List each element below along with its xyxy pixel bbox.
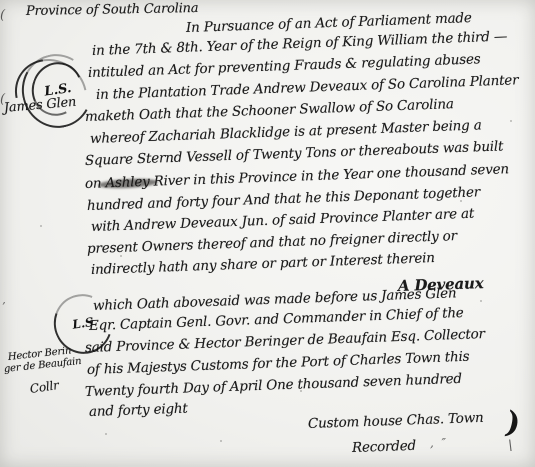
witness-title-collector: Collr	[29, 378, 59, 396]
stray-mark: , ″	[430, 436, 446, 450]
recorded-note: Recorded	[352, 438, 416, 456]
paper-speck	[510, 120, 512, 122]
stray-mark: (	[0, 92, 5, 107]
paper-speck	[40, 225, 42, 227]
paper-speck	[460, 200, 462, 202]
paper-speck	[105, 433, 107, 435]
witness-signature-glen: James Glen	[3, 95, 76, 116]
custom-house-note: Custom house Chas. Town	[308, 410, 484, 432]
pen-flourish: )	[503, 405, 524, 442]
paper-speck	[480, 300, 482, 302]
paper-speck	[220, 440, 222, 442]
stray-mark: (	[0, 8, 5, 23]
stray-mark: \	[508, 438, 513, 454]
paper-speck	[120, 255, 122, 257]
province-heading: Province of South Carolina	[26, 1, 199, 19]
paper-speck	[300, 390, 302, 392]
manuscript-page: Province of South Carolina In Pursuance …	[0, 0, 535, 467]
manuscript-line: and forty eight	[89, 401, 188, 420]
stray-mark: ’	[2, 300, 6, 313]
